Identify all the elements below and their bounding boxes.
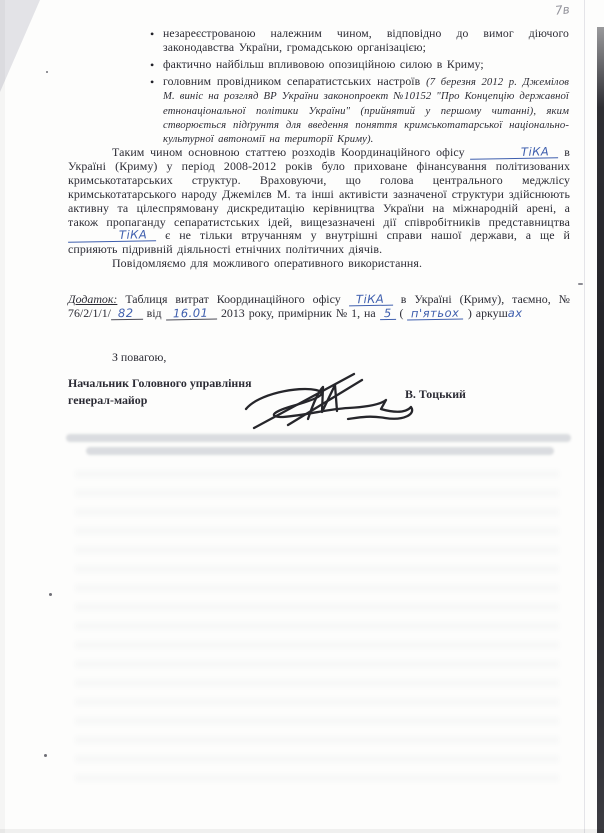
main-paragraph: Таким чином основною статтею розходів Ко… [68,146,570,257]
handwritten-count-words: п'ятьох [407,308,464,321]
paragraph-text: Таким чином основною статтею розходів Ко… [112,145,465,159]
handwritten-signature [238,367,433,433]
handwritten-tika: ТіКА [68,230,156,244]
bullet-text: фактично найбільш впливовою опозиційною … [163,58,484,71]
bullet-list: незареєстрованою належним чином, відпові… [163,27,569,149]
attachment-paragraph: Додаток: Таблиця витрат Координаційного … [68,292,570,320]
scan-bottom-shade [0,829,604,833]
ink-bleedthrough-line [86,447,554,455]
attachment-text: ) [468,306,472,320]
scan-left-shade [0,0,5,833]
body-text-block: Таким чином основною статтею розходів Ко… [68,146,570,271]
handwritten-sheet-count: 5 [380,308,396,320]
bullet-item: головним провідником сепаратистських нас… [163,75,569,146]
signer-title-line1: Начальник Головного управління [68,375,252,392]
handwritten-tika: ТіКА [348,294,392,307]
bullet-item: незареєстрованою належним чином, відпові… [163,27,569,55]
handwritten-word-ending: ах [508,306,523,320]
attachment-text: Таблиця витрат Координаційного офісу [125,292,340,306]
signer-titles: Начальник Головного управління генерал-м… [68,375,252,408]
dust-speck [578,283,583,285]
dust-speck [49,593,52,596]
attachment-text: ( [399,306,403,320]
scan-right-edge [597,27,604,833]
attachment-text: в Україні (Криму), таємно, № [401,292,570,306]
attachment-label: Додаток: [68,292,117,306]
handwritten-registry-number: 82 [111,308,143,321]
bullet-text: головним провідником сепаратистських нас… [163,75,420,88]
closing-paragraph: Повідомляємо для можливого оперативного … [68,257,570,271]
attachment-text: 2013 року, примірник № 1, на [221,306,376,320]
salutation: З повагою, [112,350,166,365]
scan-right-faint-line [584,0,585,833]
attachment-text: від [147,306,162,320]
signer-name: В. Тоцький [405,387,466,402]
scan-corner-fold [0,0,46,96]
handwritten-date: 16.01 [165,308,217,321]
handwritten-tika: ТіКА [470,146,558,160]
dust-speck [46,71,48,73]
attachment-text: 76/2/1/1/ [68,306,111,320]
scanned-document-page: 7в незареєстрованою належним чином, відп… [0,0,604,833]
paragraph-text: Повідомляємо для можливого оперативного … [112,256,422,270]
handwritten-page-number: 7в [555,2,571,17]
bullet-item: фактично найбільш впливовою опозиційною … [163,58,569,72]
signer-title-line2: генерал-майор [68,392,252,409]
bullet-text: незареєстрованою належним чином, відпові… [163,27,569,54]
attachment-text: аркуш [476,306,508,320]
ink-bleedthrough-area [75,470,559,788]
signature-block: Начальник Головного управління генерал-м… [68,375,548,435]
ink-bleedthrough-line [66,434,571,442]
dust-speck [44,754,47,757]
